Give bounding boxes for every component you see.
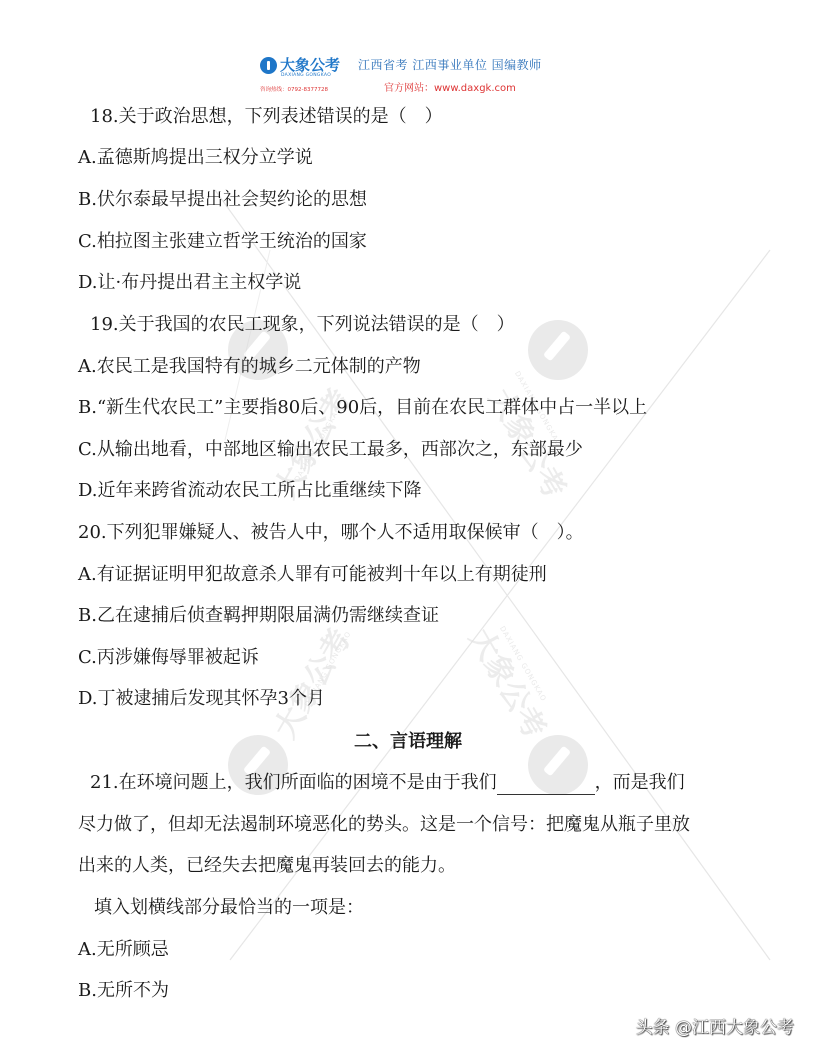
watermark-logo-icon: [528, 320, 588, 380]
document-page: 大象公考 大象公考 大象公考 大象公考 DAXIANG GONGKAO DAXI…: [0, 0, 816, 1056]
question-21-line-2: 尽力做了，但却无法遏制环境恶化的势头。这是一个信号：把魔鬼从瓶子里放: [78, 813, 690, 837]
question-19-option-a: A.农民工是我国特有的城乡二元体制的产物: [78, 355, 421, 379]
header-website: 官方网站：www.daxgk.com: [384, 79, 516, 94]
question-18-option-a: A.孟德斯鸠提出三权分立学说: [78, 146, 313, 170]
watermark-text: 大象公考: [461, 619, 559, 745]
footer-attribution: 头条 @江西大象公考: [636, 1013, 794, 1038]
page-header: 大象公考 DAXIANG GONGKAO 江西省考 江西事业单位 国编教师 咨询…: [256, 52, 566, 96]
question-21-option-b: B.无所不为: [78, 979, 169, 1003]
question-18-option-b: B.伏尔泰最早提出社会契约论的思想: [78, 188, 367, 212]
question-19-option-b: B.“新生代农民工”主要指80后、90后，目前在农民工群体中占一半以上: [78, 396, 647, 420]
question-21-text-before-blank: 21.在环境问题上，我们所面临的困境不是由于我们: [90, 772, 497, 793]
question-19-option-d: D.近年来跨省流动农民工所占比重继续下降: [78, 479, 422, 503]
question-21-prompt: 填入划横线部分最恰当的一项是：: [94, 896, 364, 920]
watermark-subtext: DAXIANG GONGKAO: [498, 625, 548, 703]
question-20-option-c: C.丙涉嫌侮辱罪被起诉: [78, 646, 259, 670]
logo-pinyin: DAXIANG GONGKAO: [281, 73, 331, 78]
question-20-option-b: B.乙在逮捕后侦查羁押期限届满仍需继续查证: [78, 604, 439, 628]
question-19-option-c: C.从输出地看，中部地区输出农民工最多，西部次之，东部最少: [78, 438, 583, 462]
header-hotline: 咨询热线：0792-8377728: [260, 85, 328, 93]
fill-in-blank: [497, 776, 595, 795]
section-title: 二、言语理解: [0, 730, 816, 754]
question-18-stem: 18.关于政治思想，下列表述错误的是（ ）: [90, 105, 443, 129]
question-18-option-d: D.让·布丹提出君主主权学说: [78, 271, 301, 295]
logo-name: 大象公考: [280, 54, 340, 75]
question-21-line-3: 出来的人类，已经失去把魔鬼再装回去的能力。: [78, 854, 456, 878]
logo-icon: [260, 57, 277, 74]
question-20-option-d: D.丁被逮捕后发现其怀孕3个月: [78, 687, 325, 711]
question-21-text-after-blank: ，而是我们: [595, 772, 685, 793]
watermark-text: 大象公考: [261, 619, 359, 745]
question-20-stem: 20.下列犯罪嫌疑人、被告人中，哪个人不适用取保候审（ ）。: [78, 521, 584, 545]
header-tagline: 江西省考 江西事业单位 国编教师: [358, 56, 542, 73]
question-20-option-a: A.有证据证明甲犯故意杀人罪有可能被判十年以上有期徒刑: [78, 563, 547, 587]
question-19-stem: 19.关于我国的农民工现象，下列说法错误的是（ ）: [90, 313, 515, 337]
question-21-line-1: 21.在环境问题上，我们所面临的困境不是由于我们，而是我们: [90, 771, 685, 795]
question-18-option-c: C.柏拉图主张建立哲学王统治的国家: [78, 230, 367, 254]
question-21-option-a: A.无所顾忌: [78, 938, 169, 962]
